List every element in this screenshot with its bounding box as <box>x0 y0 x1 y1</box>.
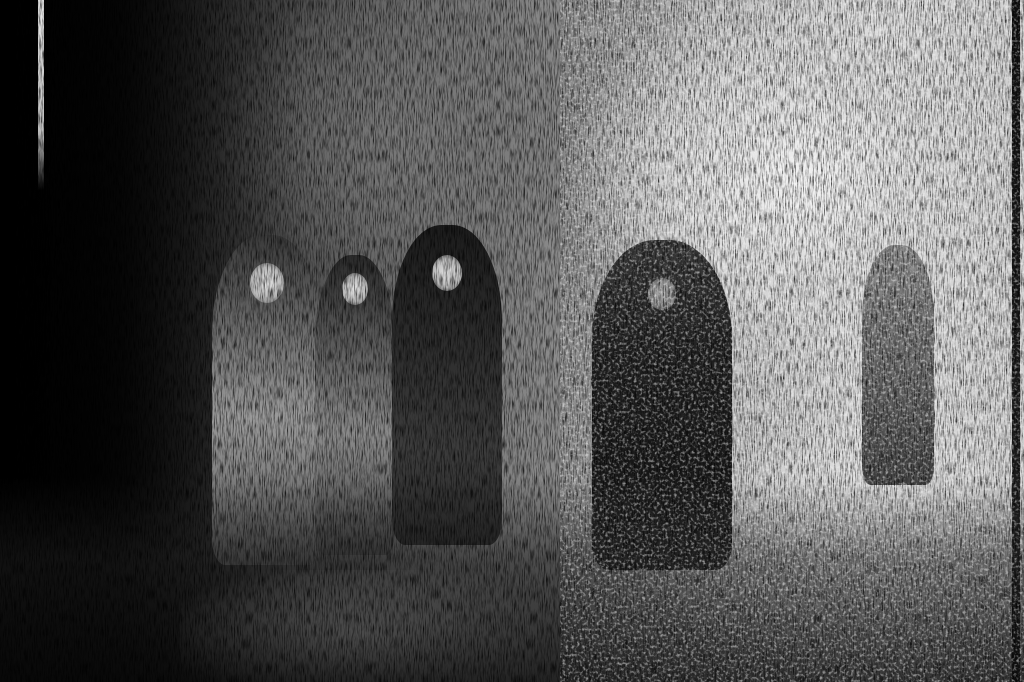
degraded-photograph <box>0 0 1024 682</box>
film-damage-texture <box>0 0 1024 682</box>
